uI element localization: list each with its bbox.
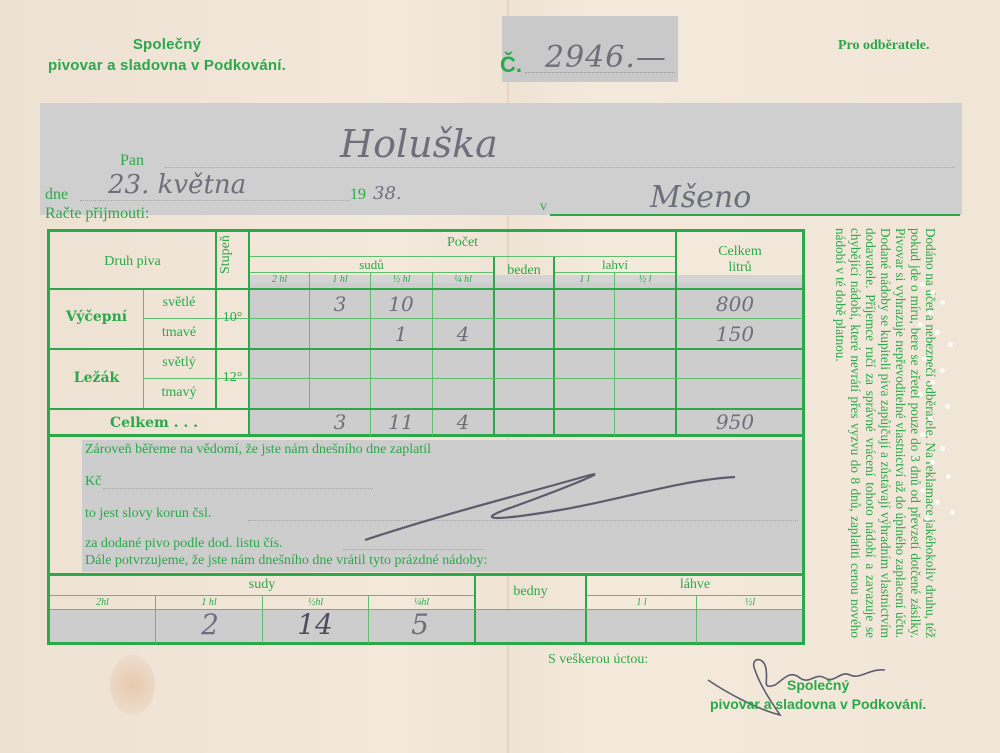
header-stupen: Stupeň — [212, 246, 252, 274]
cell-svetle-litru[interactable]: 800 — [690, 292, 780, 316]
dne-value[interactable]: 23. května — [108, 170, 246, 200]
returns-quarter-hl-value[interactable]: 5 — [395, 608, 445, 641]
type-tmavy: tmavý — [143, 385, 215, 401]
listu-label: za dodané pivo podle dod. listu čís. — [85, 536, 283, 552]
header-sudu: sudů — [250, 257, 493, 273]
header-druh-piva: Druh piva — [50, 254, 215, 270]
group-vycepni: Výčepní — [50, 309, 143, 325]
kc-label: Kč — [85, 474, 101, 490]
col-divider — [432, 272, 433, 436]
slovy-label: to jest slovy korun čsl. — [85, 506, 211, 522]
number-label: Č. — [500, 52, 522, 78]
header-half-l: ½ l — [615, 274, 675, 285]
cell-tmave-half-hl[interactable]: 1 — [376, 322, 426, 346]
total-label: Celkem . . . — [110, 415, 250, 431]
header-celkem-litru: Celkem litrů — [677, 244, 803, 276]
company-header: Společný pivovar a sladovna v Podkování. — [48, 34, 286, 76]
header-celkem: Celkem — [718, 244, 762, 259]
returns-lahve-header: láhve — [587, 577, 803, 593]
header-half-hl: ½ hl — [371, 274, 432, 285]
degree-10: 10° — [217, 310, 248, 326]
col-divider — [614, 272, 615, 436]
v-label: v — [540, 199, 547, 215]
returns-sudy-header: sudy — [50, 577, 474, 593]
payment-strike-scribble — [360, 470, 740, 545]
year-value[interactable]: 38. — [373, 183, 402, 204]
cell-svetle-half-hl[interactable]: 10 — [376, 292, 426, 316]
cell-total-1hl[interactable]: 3 — [315, 410, 365, 434]
company-footer-line2: pivovar a sladovna v Podkování. — [710, 695, 926, 714]
company-line1: Společný — [48, 34, 286, 55]
returns-bedny-header: bedny — [476, 584, 585, 600]
header-pocet: Počet — [250, 235, 675, 251]
cell-total-litru[interactable]: 950 — [690, 410, 780, 434]
returns-1hl-header: 1 hl — [156, 597, 262, 608]
type-tmave: tmavé — [143, 325, 215, 341]
returns-1l-header: 1 l — [587, 597, 696, 608]
regards-label: S veškerou úctou: — [548, 652, 648, 668]
returns-2hl-header: 2hl — [50, 597, 155, 608]
row-divider — [49, 288, 803, 290]
returns-1hl-value[interactable]: 2 — [185, 608, 235, 641]
header-quarter-hl: ¼ hl — [433, 274, 493, 285]
pan-label: Pan — [120, 152, 144, 170]
type-svetle: světlé — [143, 295, 215, 311]
col-divider — [309, 272, 310, 408]
header-litru: litrů — [728, 260, 751, 275]
copy-label: Pro odběratele. — [838, 38, 930, 54]
row-divider — [49, 348, 803, 350]
group-lezak: Ležák — [50, 370, 143, 386]
payment-line1: Zároveň běřeme na vědomí, že jste nám dn… — [85, 442, 431, 458]
number-value: 2946.— — [545, 40, 667, 75]
dne-line — [80, 200, 350, 201]
type-svetly: světlý — [143, 355, 215, 371]
pan-line — [165, 167, 955, 168]
cell-total-quarter-hl[interactable]: 4 — [438, 410, 488, 434]
listu-line — [343, 549, 483, 550]
returned-line: Dále potvrzujeme, že jste nám dnešního d… — [85, 553, 487, 569]
cell-tmave-quarter-hl[interactable]: 4 — [438, 322, 488, 346]
returns-half-l-header: ½l — [697, 597, 803, 608]
racte-label: Račte přijmouti: — [45, 205, 149, 223]
company-footer-line1: Společný — [710, 676, 926, 695]
paper-stain — [110, 655, 155, 715]
company-line2: pivovar a sladovna v Podkování. — [48, 57, 286, 74]
v-line — [550, 214, 960, 216]
header-lahvi: lahví — [555, 257, 675, 273]
returns-half-hl-header: ½hl — [263, 597, 368, 608]
col-divider — [370, 272, 371, 436]
returns-half-hl-value[interactable]: 14 — [290, 608, 340, 641]
cell-total-half-hl[interactable]: 11 — [376, 410, 426, 434]
company-footer: Společný pivovar a sladovna v Podkování. — [710, 676, 926, 714]
v-value[interactable]: Mšeno — [650, 180, 751, 215]
row-divider — [587, 595, 803, 596]
cell-svetle-1hl[interactable]: 3 — [315, 292, 365, 316]
returns-quarter-hl-header: ¼hl — [369, 597, 474, 608]
cell-tmave-litru[interactable]: 150 — [690, 322, 780, 346]
row-divider — [50, 595, 474, 596]
degree-12: 12° — [217, 370, 248, 386]
header-1hl: 1 hl — [310, 274, 370, 285]
header-1l: 1 l — [555, 274, 614, 285]
header-beden: beden — [495, 263, 553, 279]
year-prefix: 19 — [350, 186, 366, 204]
header-2hl: 2 hl — [250, 274, 309, 285]
dne-label: dne — [45, 186, 68, 204]
kc-line — [103, 488, 373, 489]
pan-value[interactable]: Holuška — [340, 122, 498, 166]
